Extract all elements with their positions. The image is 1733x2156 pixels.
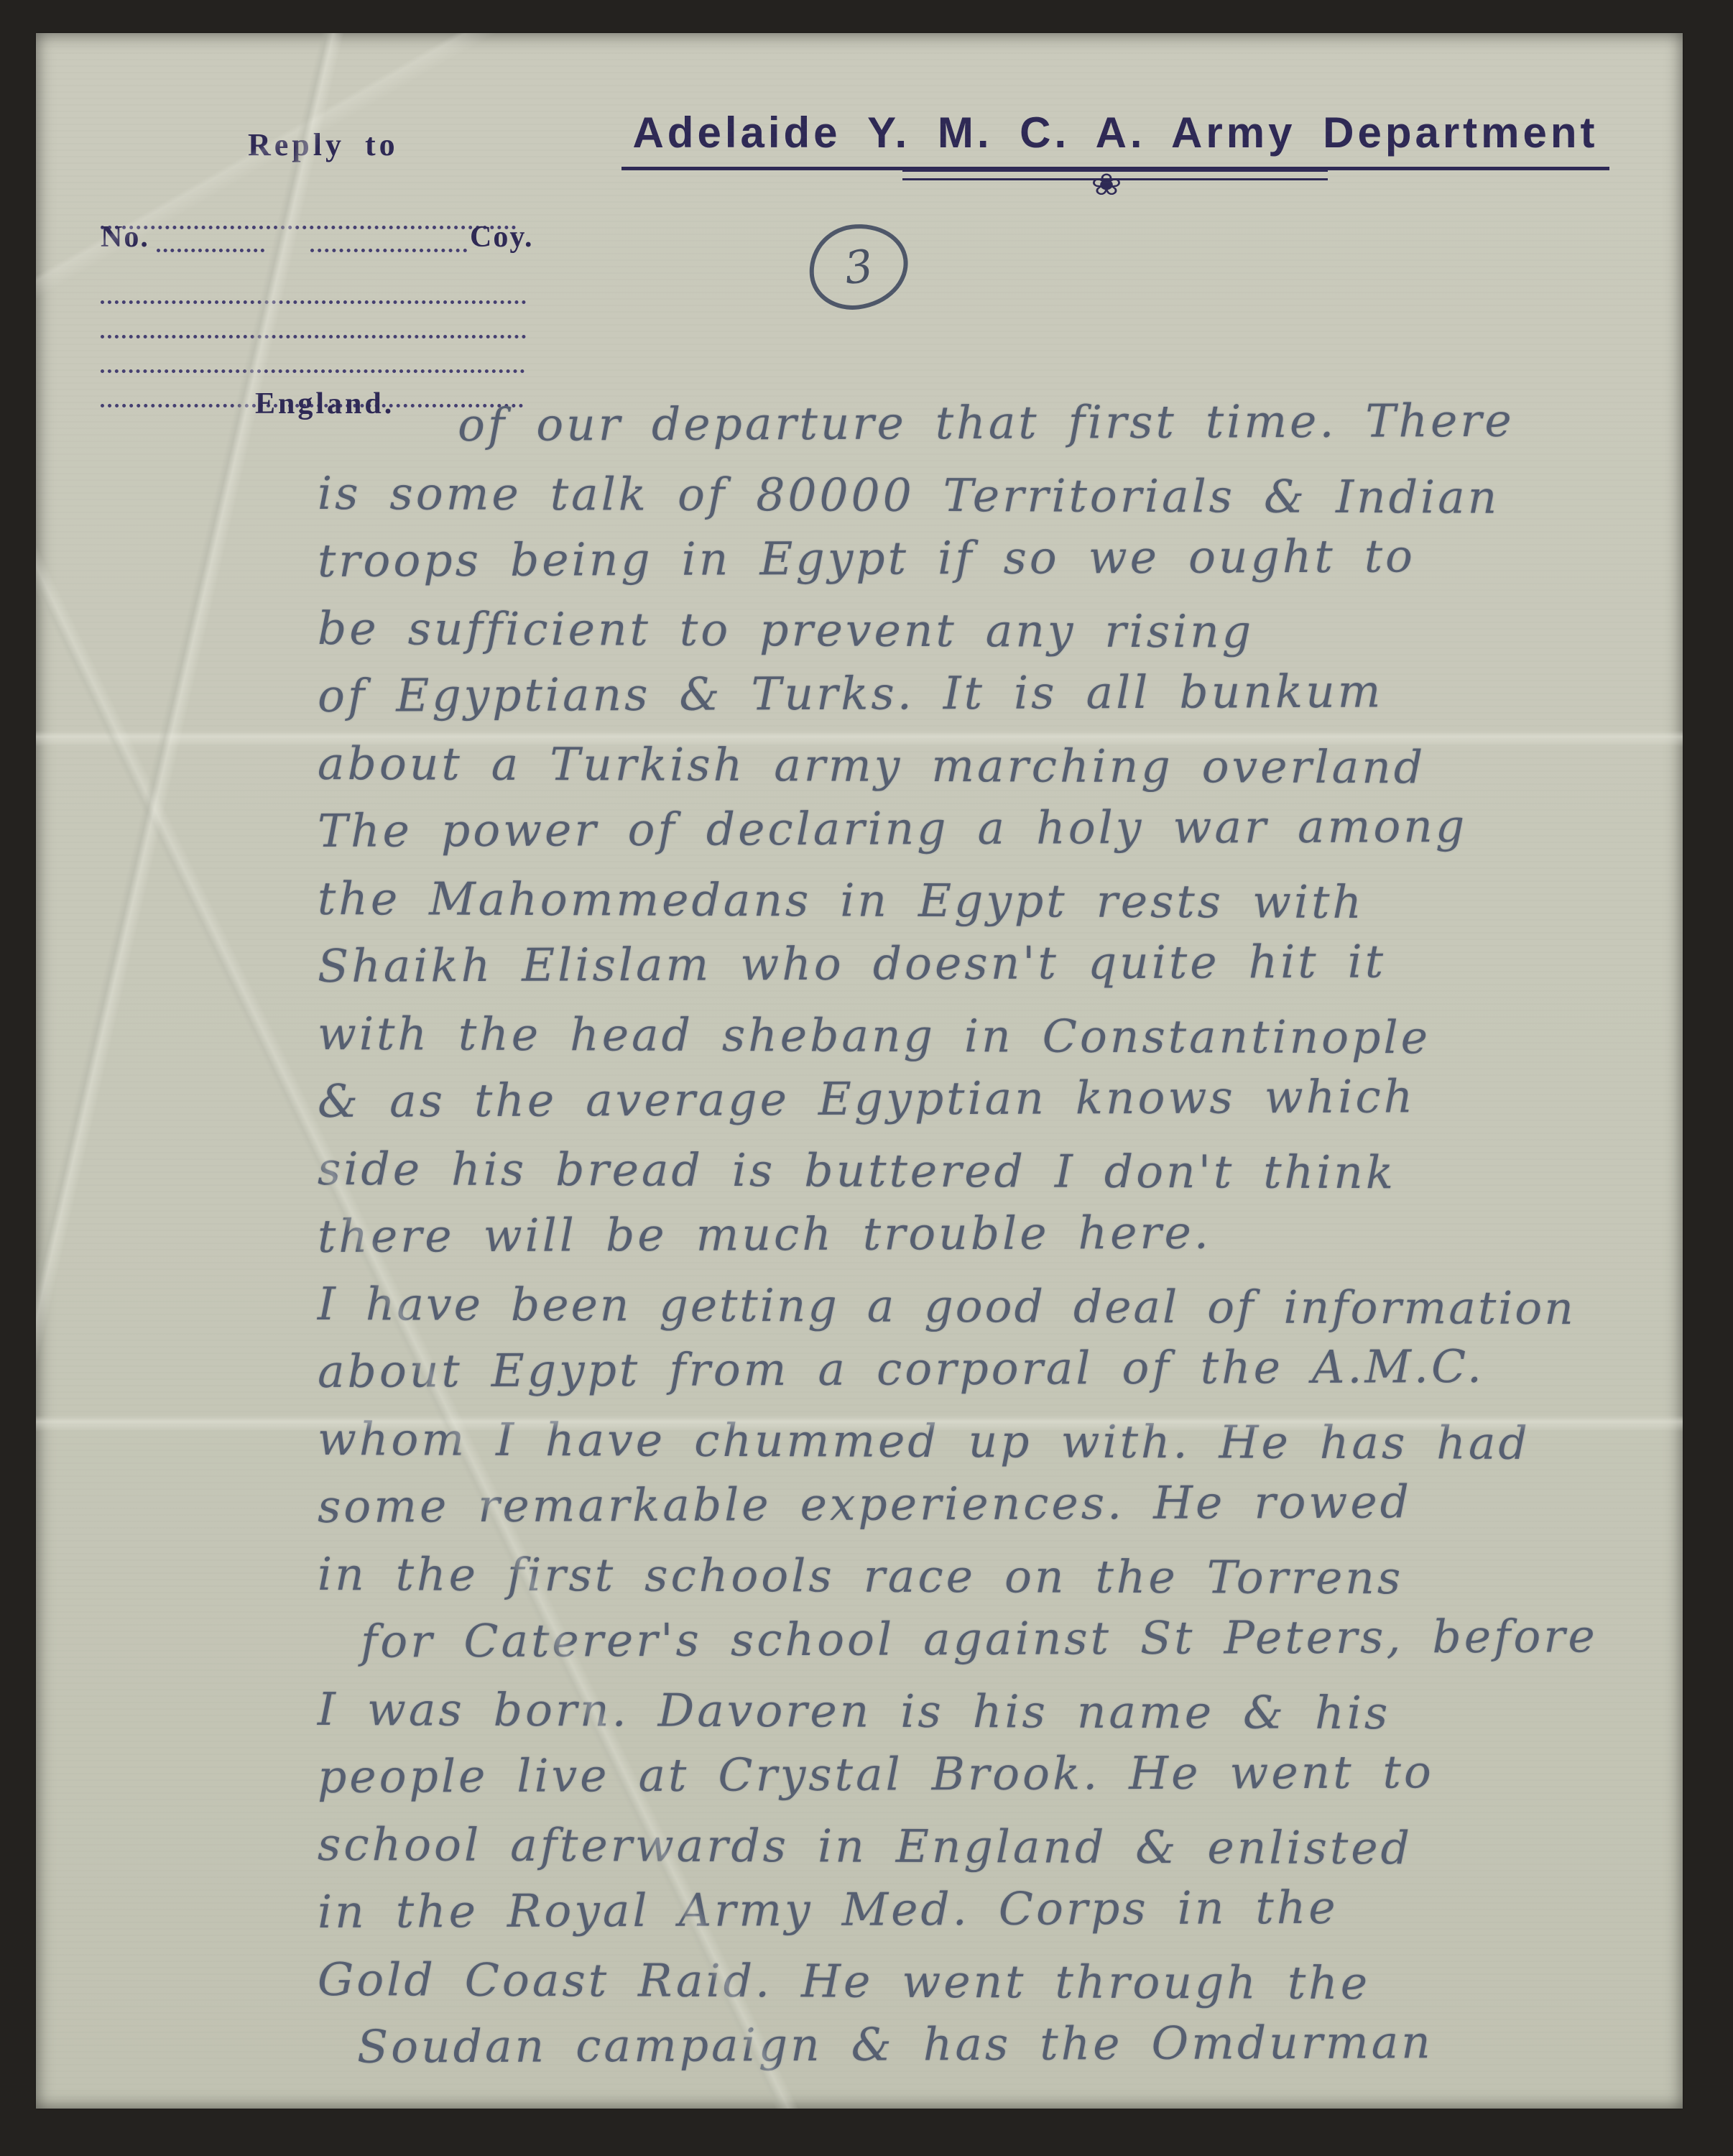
handwritten-line: I was born. Davoren is his name & his bbox=[318, 1676, 1683, 1749]
handwritten-line: the Mahommedans in Egypt rests with bbox=[318, 865, 1683, 938]
handwritten-line: in the first schools race on the Torrens bbox=[318, 1541, 1683, 1613]
handwritten-line: school afterwards in England & enlisted bbox=[318, 1811, 1683, 1884]
handwritten-line: for Caterer's school against St Peters, … bbox=[318, 1603, 1683, 1676]
handwritten-line: Gold Coast Raid. He went through the bbox=[318, 1946, 1683, 2019]
dotted-line bbox=[101, 335, 526, 338]
handwritten-line: whom I have chummed up with. He has had bbox=[318, 1406, 1683, 1478]
handwritten-line: be sufficient to prevent any rising bbox=[318, 595, 1683, 668]
handwritten-line: I have been getting a good deal of infor… bbox=[318, 1271, 1683, 1343]
handwritten-line: in the Royal Army Med. Corps in the bbox=[318, 1873, 1683, 1946]
handwritten-line: Shaikh Elislam who doesn't quite hit it bbox=[318, 927, 1683, 1000]
dotted-line bbox=[101, 369, 524, 373]
coy-label: Coy. bbox=[470, 220, 534, 254]
letter-page: Reply to Adelaide Y. M. C. A. Army Depar… bbox=[36, 33, 1683, 2109]
dotted-line bbox=[101, 300, 526, 304]
floral-ornament-icon: ❀ bbox=[999, 170, 1214, 201]
handwritten-line: troops being in Egypt if so we ought to bbox=[318, 522, 1683, 595]
handwritten-line: of our departure that first time. There bbox=[318, 387, 1683, 460]
letter-body: of our departure that first time. There … bbox=[318, 392, 1683, 2081]
handwritten-line: some remarkable experiences. He rowed bbox=[318, 1468, 1683, 1541]
no-label: No. bbox=[101, 220, 149, 254]
letterhead-title: Adelaide Y. M. C. A. Army Department bbox=[621, 108, 1609, 170]
page-number: 3 bbox=[841, 239, 876, 294]
dotted-line bbox=[157, 249, 264, 252]
handwritten-line: side his bread is buttered I don't think bbox=[318, 1135, 1683, 1208]
handwritten-line: is some talk of 80000 Territorials & Ind… bbox=[318, 460, 1683, 533]
reply-to-label: Reply to bbox=[248, 126, 399, 163]
handwritten-line: The power of declaring a holy war among bbox=[318, 792, 1683, 865]
handwritten-line: people live at Crystal Brook. He went to bbox=[318, 1738, 1683, 1811]
handwritten-line: about Egypt from a corporal of the A.M.C… bbox=[318, 1332, 1683, 1406]
dotted-line bbox=[101, 226, 516, 229]
page-number-circle: 3 bbox=[804, 218, 912, 315]
photo-mount-background: Reply to Adelaide Y. M. C. A. Army Depar… bbox=[0, 0, 1733, 2156]
handwritten-line: Soudan campaign & has the Omdurman bbox=[318, 2008, 1683, 2081]
dotted-line bbox=[310, 249, 467, 252]
handwritten-line: & as the average Egyptian knows which bbox=[318, 1062, 1683, 1135]
handwritten-line: with the head shebang in Constantinople bbox=[318, 1000, 1683, 1073]
handwritten-line: of Egyptians & Turks. It is all bunkum bbox=[318, 657, 1683, 730]
handwritten-line: there will be much trouble here. bbox=[318, 1197, 1683, 1271]
handwritten-line: about a Turkish army marching overland bbox=[318, 730, 1683, 803]
